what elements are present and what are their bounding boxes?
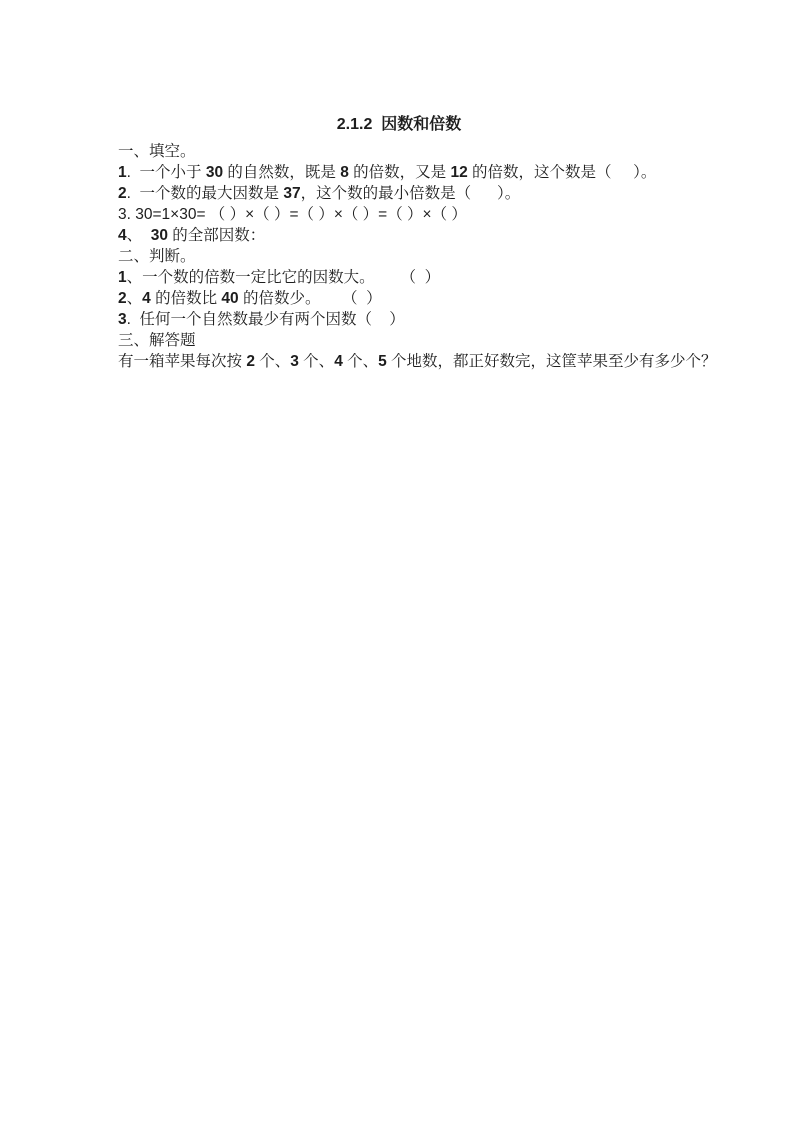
section-heading-true-false: 二、判断。 bbox=[118, 246, 680, 267]
document-content: 2.1.2 因数和倍数 一、填空。 1. 一个小于 30 的自然数，既是 8 的… bbox=[118, 114, 680, 372]
section-heading-fill-in-blanks: 一、填空。 bbox=[118, 141, 680, 162]
question-line: 3. 任何一个自然数最少有两个因数（ ） bbox=[118, 309, 680, 330]
section-heading-word-problem: 三、解答题 bbox=[118, 330, 680, 351]
question-line: 3. 30=1×30= （ ）×（ ）=（ ）×（ ）=（ ）×（ ） bbox=[118, 204, 680, 225]
document-title: 2.1.2 因数和倍数 bbox=[118, 114, 680, 135]
question-line: 有一箱苹果每次按 2 个、3 个、4 个、5 个地数，都正好数完，这筐苹果至少有… bbox=[118, 351, 680, 372]
question-line: 1、一个数的倍数一定比它的因数大。 （ ） bbox=[118, 267, 680, 288]
question-line: 2. 一个数的最大因数是 37，这个数的最小倍数是（ ）。 bbox=[118, 183, 680, 204]
question-line: 1. 一个小于 30 的自然数，既是 8 的倍数，又是 12 的倍数，这个数是（… bbox=[118, 162, 680, 183]
question-line: 4、 30 的全部因数： bbox=[118, 225, 680, 246]
question-line: 2、4 的倍数比 40 的倍数少。 （ ） bbox=[118, 288, 680, 309]
document-page: 2.1.2 因数和倍数 一、填空。 1. 一个小于 30 的自然数，既是 8 的… bbox=[0, 0, 793, 1122]
